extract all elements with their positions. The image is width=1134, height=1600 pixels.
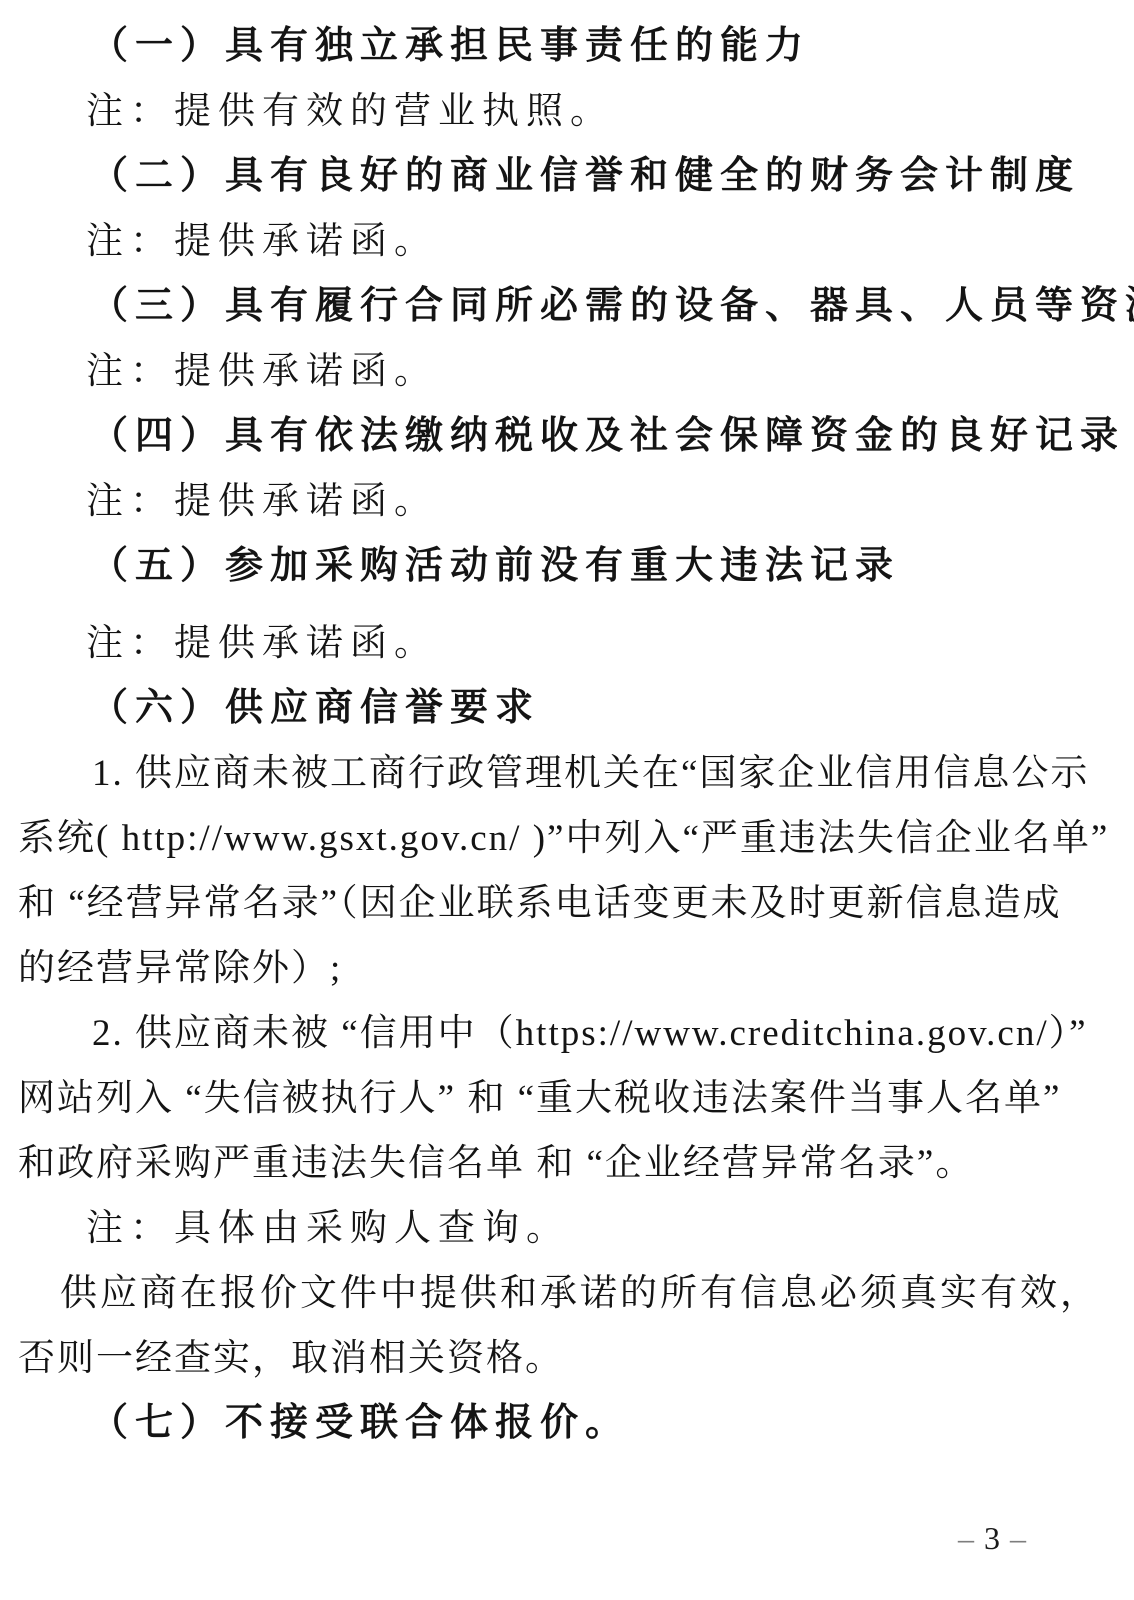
section-heading-7: （七）不接受联合体报价。 (0, 1391, 1134, 1456)
credit-requirement-1-line-1: 1. 供应商未被工商行政管理机关在“国家企业信用信息公示 (0, 741, 1134, 806)
section-heading-4: （四）具有依法缴纳税收及社会保障资金的良好记录 (0, 404, 1134, 469)
credit-requirement-2-line-1: 2. 供应商未被 “信用中（https://www.creditchina.go… (0, 1001, 1134, 1066)
footer-dash-right: – (1010, 1520, 1026, 1556)
note-commitment-letter-1: 注：提供承诺函。 (0, 209, 1134, 274)
credit-requirement-1-line-2: 系统( http://www.gsxt.gov.cn/ )”中列入“严重违法失信… (0, 806, 1134, 871)
section-heading-6: （六）供应商信誉要求 (0, 676, 1134, 741)
footer-dash-left: – (958, 1520, 974, 1556)
validity-statement-line-2: 否则一经查实，取消相关资格。 (0, 1326, 1134, 1391)
credit-requirement-1-line-4: 的经营异常除外）; (0, 936, 1134, 1001)
credit-requirement-2-line-2: 网站列入 “失信被执行人” 和 “重大税收违法案件当事人名单” (0, 1066, 1134, 1131)
credit-requirement-1-line-3: 和 “经营异常名录”（因企业联系电话变更未及时更新信息造成 (0, 871, 1134, 936)
note-purchaser-inquiry: 注：具体由采购人查询。 (0, 1196, 1134, 1261)
section-heading-3: （三）具有履行合同所必需的设备、器具、人员等资源能力 (0, 274, 1134, 339)
document-body: （一）具有独立承担民事责任的能力 注：提供有效的营业执照。 （二）具有良好的商业… (0, 0, 1134, 1456)
section-heading-5: （五）参加采购活动前没有重大违法记录 (0, 534, 1134, 599)
validity-statement-line-1: 供应商在报价文件中提供和承诺的所有信息必须真实有效， (0, 1261, 1134, 1326)
note-commitment-letter-3: 注：提供承诺函。 (0, 469, 1134, 534)
document-page: （一）具有独立承担民事责任的能力 注：提供有效的营业执照。 （二）具有良好的商业… (0, 0, 1134, 1600)
section-heading-1: （一）具有独立承担民事责任的能力 (0, 14, 1134, 79)
section-heading-2: （二）具有良好的商业信誉和健全的财务会计制度 (0, 144, 1134, 209)
page-number: –3– (948, 1518, 1036, 1558)
note-commitment-letter-4: 注：提供承诺函。 (0, 611, 1134, 676)
credit-requirement-2-line-3: 和政府采购严重违法失信名单 和 “企业经营异常名录”。 (0, 1131, 1134, 1196)
footer-page-number: 3 (984, 1520, 1000, 1556)
note-commitment-letter-2: 注：提供承诺函。 (0, 339, 1134, 404)
note-business-license: 注：提供有效的营业执照。 (0, 79, 1134, 144)
